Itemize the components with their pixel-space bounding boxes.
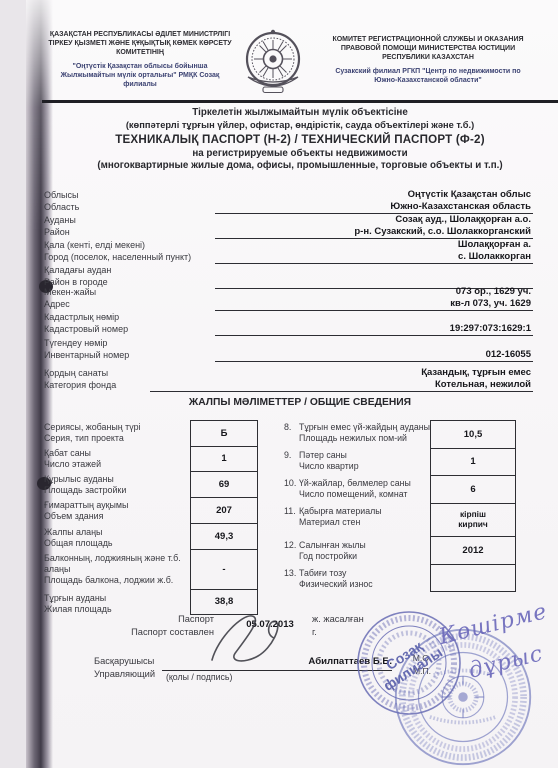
field-label-ru: Область xyxy=(44,202,79,212)
field-label-ru: Категория фонда xyxy=(44,380,116,390)
field-value-kk: 073 ор., 1629 уч. xyxy=(215,286,531,297)
field-district: Ауданы Район Созақ ауд., Шолаққорған а.о… xyxy=(0,215,558,240)
general-left-value-boxes: Б 1 69 207 49,3 - 38,8 xyxy=(190,420,258,615)
field-value-ru: Котельная, нежилой xyxy=(215,379,531,390)
manager-label: Басқарушысы Управляющий xyxy=(94,655,155,681)
value-box: 1 xyxy=(191,447,257,473)
field-label-kk: Мекен-жайы xyxy=(44,287,96,297)
field-label-ru: Город (поселок, населенный пункт) xyxy=(44,252,191,262)
title-line: Тіркелетін жылжымайтын мүлік объектісіне xyxy=(42,107,558,119)
value-box: 10,5 xyxy=(431,421,515,449)
field-underline xyxy=(150,391,533,392)
general-right-label: 9. Пәтер саны Число квартир xyxy=(284,448,432,472)
branch-name: Сузакский филиал РГКП "Центр по недвижим… xyxy=(312,67,544,85)
field-underline xyxy=(215,263,533,264)
general-right-value-boxes: 10,5 1 6 кірпіш кирпич 2012 xyxy=(430,420,516,592)
field-value-ru: р-н. Сузакский, с.о. Шолаккорганский xyxy=(215,226,531,237)
org-name-line: ҚАЗАҚСТАН РЕСПУБЛИКАСЫ ӘДІЛЕТ МИНИСТРЛІГ… xyxy=(42,30,238,39)
seal-place-label: М.О. М.П. xyxy=(400,652,444,678)
scanned-technical-passport: { "document": { "header": { "left_org": … xyxy=(0,0,558,768)
field-cadastral-number: Кадастрлық нөмір Кадастровый номер 19:29… xyxy=(0,312,558,337)
value-box: 2012 xyxy=(431,537,515,565)
value-box: - xyxy=(191,550,257,590)
value-box: 49,3 xyxy=(191,524,257,550)
field-label-kk: Кадастрлық нөмір xyxy=(44,312,119,322)
general-right-label: 10. Үй-жайлар, бөлмелер саны Число помещ… xyxy=(284,476,432,500)
branch-name: "Оңтүстік Қазақстан облысы бойынша Жылжы… xyxy=(42,62,238,89)
field-region: Облысы Область Оңтүстік Қазақстан облыс … xyxy=(0,190,558,215)
value-box xyxy=(431,565,515,591)
header-right-org: КОМИТЕТ РЕГИСТРАЦИОННОЙ СЛУЖБЫ И ОКАЗАНИ… xyxy=(312,35,544,85)
field-inventory-number: Түгендеу нөмір Инвентарный номер 012-160… xyxy=(0,338,558,363)
field-value-ru: кв-л 073, уч. 1629 xyxy=(215,298,531,309)
kazakhstan-coat-of-arms-icon xyxy=(240,27,306,97)
field-fund-category: Қордың санаты Категория фонда Қазандық, … xyxy=(0,368,558,393)
field-label-kk: Ауданы xyxy=(44,215,76,225)
field-value-ru: Южно-Казахстанская область xyxy=(215,201,531,212)
field-value: 19:297:073:1629:1 xyxy=(215,323,531,334)
field-value-kk: Шолаққорған а. xyxy=(215,239,531,250)
field-label-ru: Район в городе xyxy=(44,277,108,287)
value-box: 1 xyxy=(431,449,515,477)
header-left-org: ҚАЗАҚСТАН РЕСПУБЛИКАСЫ ӘДІЛЕТ МИНИСТРЛІГ… xyxy=(42,30,238,89)
title-line: ТЕХНИКАЛЫҚ ПАСПОРТ (Н-2) / ТЕХНИЧЕСКИЙ П… xyxy=(42,132,558,148)
org-name-line: ПРАВОВОЙ ПОМОЩИ МИНИСТЕРСТВА ЮСТИЦИИ xyxy=(312,44,544,53)
general-right-label: 12. Салынған жылы Год постройки xyxy=(284,538,432,562)
general-left-label: Балконның, лоджияның және т.б. алаңы Пло… xyxy=(44,551,189,586)
value-box: Б xyxy=(191,421,257,447)
field-value-kk: Оңтүстік Қазақстан облыс xyxy=(215,189,531,200)
field-value-kk: Созақ ауд., Шолаққорған а.о. xyxy=(215,214,531,225)
field-label-kk: Қала (кенті, елді мекені) xyxy=(44,240,145,250)
field-label-ru: Адрес xyxy=(44,299,70,309)
field-label-kk: Түгендеу нөмір xyxy=(44,338,107,348)
field-label-kk: Облысы xyxy=(44,190,78,200)
field-underline xyxy=(215,310,533,311)
field-city: Қала (кенті, елді мекені) Город (поселок… xyxy=(0,240,558,265)
document-title: Тіркелетін жылжымайтын мүлік объектісіне… xyxy=(42,107,558,172)
field-value-kk: Қазандық, тұрғын емес xyxy=(215,367,531,378)
value-box: 6 xyxy=(431,476,515,504)
title-line: (көппәтерлі тұрғын үйлер, офистар, өндір… xyxy=(42,119,558,131)
field-underline xyxy=(215,335,533,336)
org-name-line: ТІРКЕУ ҚЫЗМЕТІ ЖӘНЕ ҚҰҚЫҚТЫҚ КӨМЕК КӨРСЕ… xyxy=(42,39,238,48)
general-left-label: Тұрғын ауданы Жилая площадь xyxy=(44,591,189,615)
field-address: Мекен-жайы Адрес 073 ор., 1629 уч. кв-л … xyxy=(0,287,558,312)
general-right-label: 11. Қабырға материалы Материал стен xyxy=(284,504,432,528)
general-right-label: 8. Тұрғын емес үй-жайдың ауданы Площадь … xyxy=(284,420,432,444)
general-left-label: Сериясы, жобаның түрі Серия, тип проекта xyxy=(44,420,189,444)
org-name-line: РЕСПУБЛИКИ КАЗАХСТАН xyxy=(312,53,544,62)
org-name-line: КОМИТЕТІНІҢ xyxy=(42,48,238,57)
general-left-label: Ғимараттың ауқымы Объем здания xyxy=(44,498,189,522)
general-left-label: Қабат саны Число этажей xyxy=(44,446,189,470)
handwritten-signature xyxy=(198,608,308,670)
value-box: 207 xyxy=(191,498,257,525)
general-left-label: Құрылыс ауданы Площадь застройки xyxy=(44,472,189,496)
general-right-label: 13. Табиғи тозу Физический износ xyxy=(284,566,432,590)
title-line: на регистрируемые объекты недвижимости xyxy=(42,148,558,160)
field-value: 012-16055 xyxy=(215,349,531,360)
header-divider xyxy=(42,100,558,103)
value-box: кірпіш кирпич xyxy=(431,504,515,538)
field-value-ru: с. Шолаккорган xyxy=(215,251,531,262)
org-name-line: КОМИТЕТ РЕГИСТРАЦИОННОЙ СЛУЖБЫ И ОКАЗАНИ… xyxy=(312,35,544,44)
made-suffix-label: ж. жасалған г. xyxy=(312,613,364,639)
field-label-kk: Қаладағы аудан xyxy=(44,265,111,275)
value-box: 69 xyxy=(191,472,257,498)
field-label-ru: Кадастровый номер xyxy=(44,324,128,334)
field-label-kk: Қордың санаты xyxy=(44,368,108,378)
general-left-label: Жалпы алаңы Общая площадь xyxy=(44,525,189,549)
field-label-ru: Район xyxy=(44,227,70,237)
signature-hint-label: (қолы / подпись) xyxy=(166,672,232,682)
field-underline xyxy=(215,361,533,362)
title-line: (многоквартирные жилые дома, офисы, пром… xyxy=(42,160,558,172)
section-heading: ЖАЛПЫ МӘЛІМЕТТЕР / ОБЩИЕ СВЕДЕНИЯ xyxy=(42,397,558,408)
field-label-ru: Инвентарный номер xyxy=(44,350,129,360)
